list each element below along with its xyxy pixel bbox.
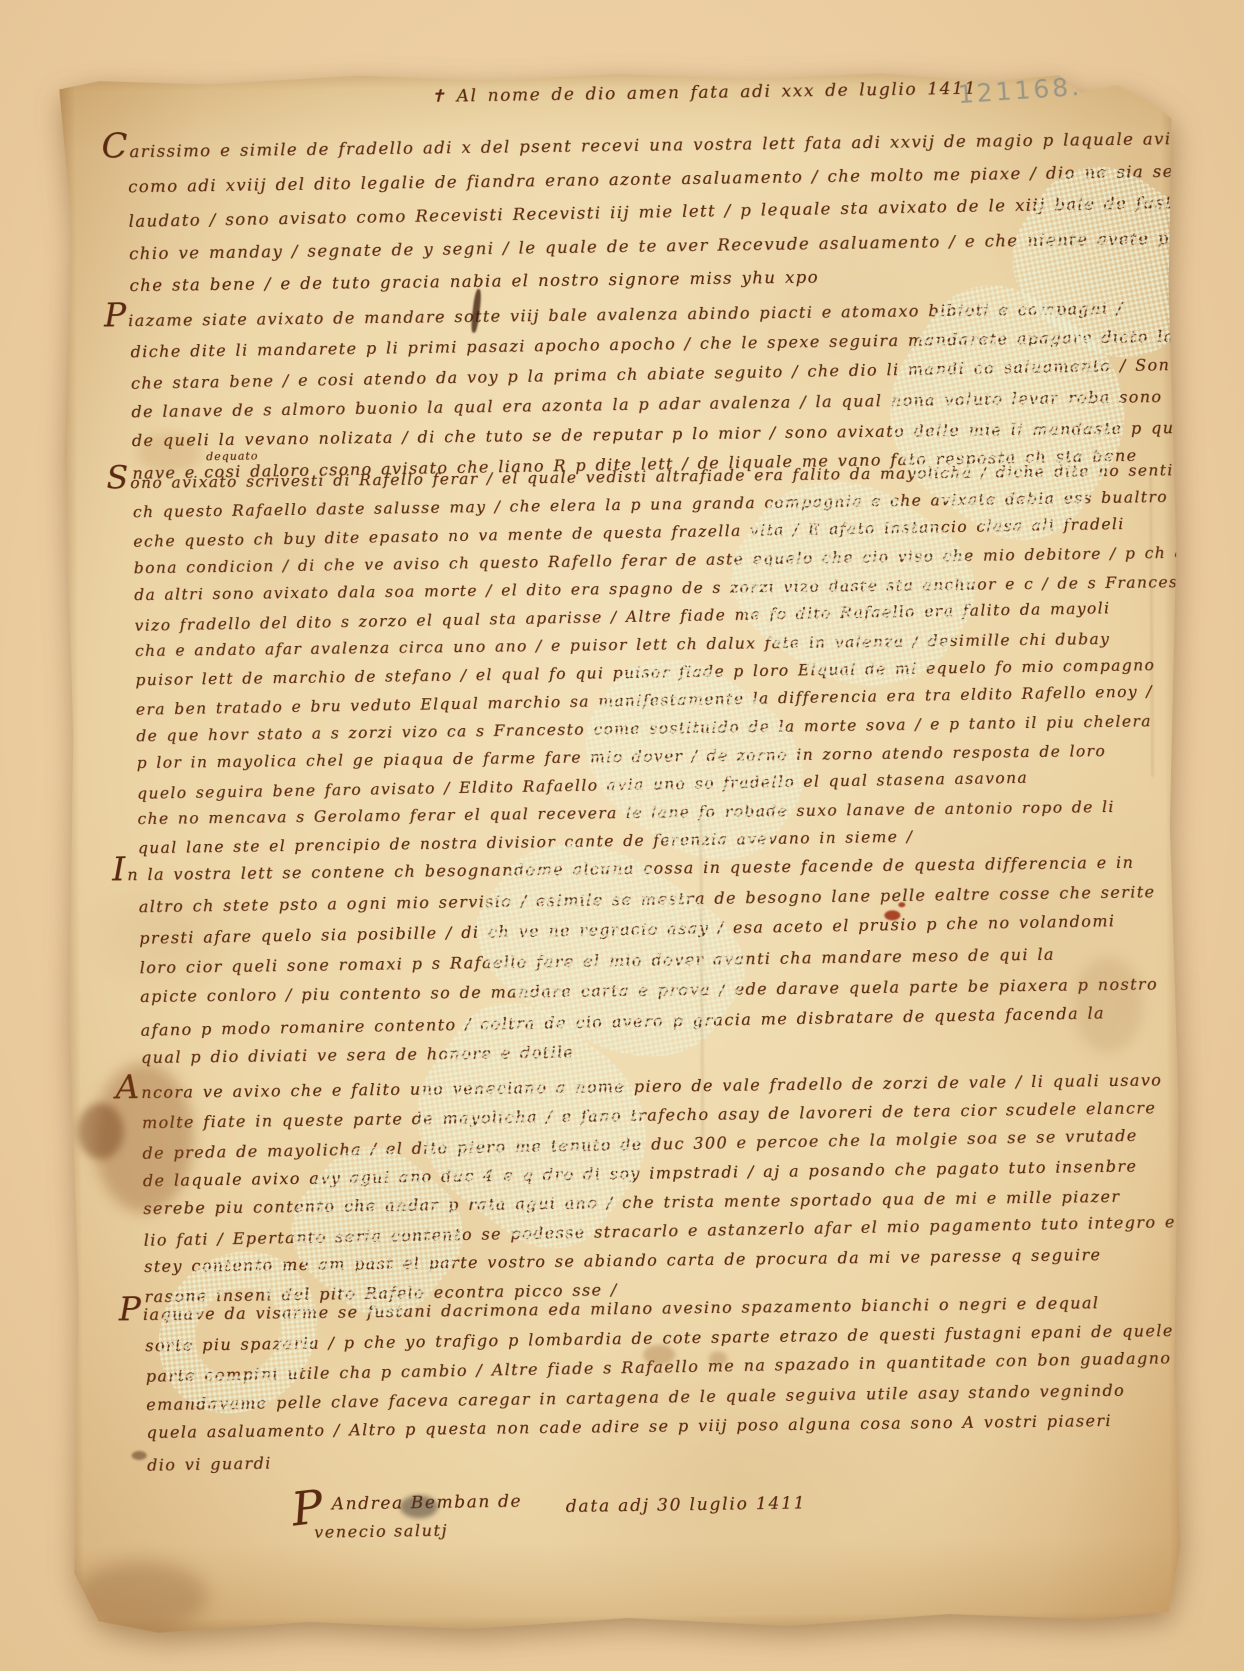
- paragraph-1: Carissimo e simile de fradello adi x del…: [101, 121, 1108, 304]
- archive-number-pencil: 121168.: [957, 72, 1083, 109]
- signature-name-line: Andrea Bemban de: [331, 1492, 522, 1515]
- parchment-background: ✝ Al nome de dio amen fata adi xxx de lu…: [59, 67, 1184, 1639]
- scanned-letter-page: ✝ Al nome de dio amen fata adi xxx de lu…: [0, 0, 1244, 1671]
- paragraph-3: Sono avixato scrivesti di Rafello ferar …: [106, 455, 1117, 863]
- interlinear-insertion: dequato: [206, 449, 258, 463]
- dateline: data adj 30 luglio 1411: [566, 1493, 807, 1517]
- invocation-date-line: ✝ Al nome de dio amen fata adi xxx de lu…: [431, 79, 977, 107]
- paragraph-4: In la vostra lett se contene ch besognan…: [112, 845, 1120, 1075]
- handwritten-text-layer: ✝ Al nome de dio amen fata adi xxx de lu…: [52, 62, 1190, 1643]
- signature-place-line: venecio salutj: [314, 1521, 448, 1542]
- paragraph-6: Piaquave da visarme se fustani dacrimona…: [119, 1285, 1127, 1479]
- paper-sheet: ✝ Al nome de dio amen fata adi xxx de lu…: [59, 67, 1184, 1639]
- paragraph-5: Ancora ve avixo che e falito uno venecia…: [115, 1063, 1123, 1312]
